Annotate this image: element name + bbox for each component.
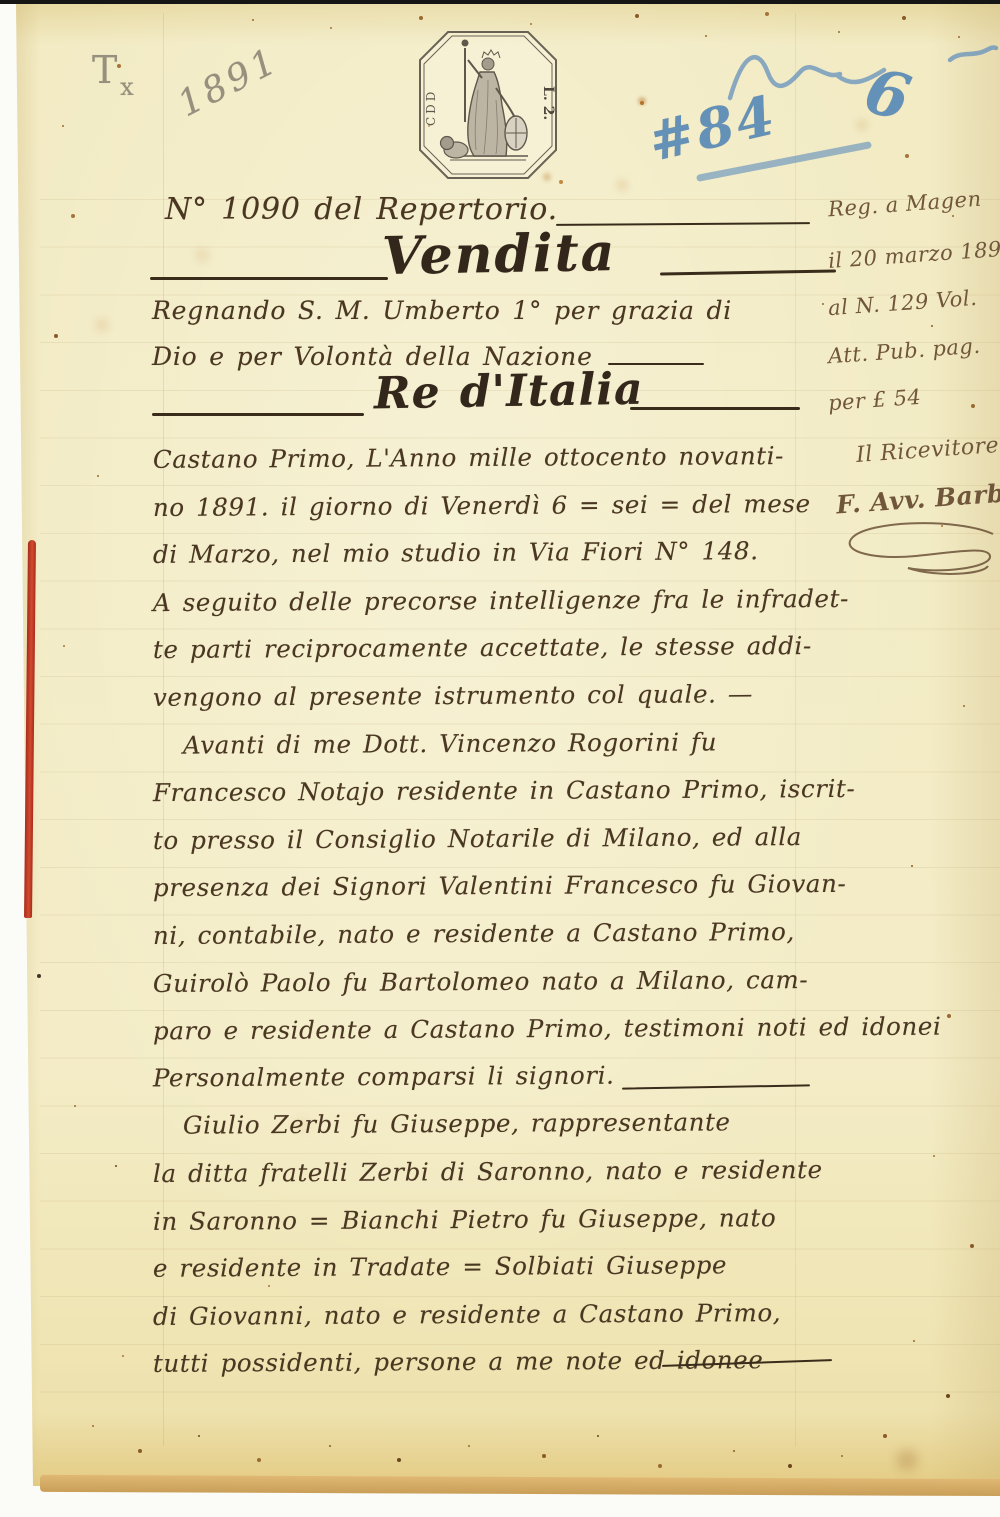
svg-text:CDD: CDD	[424, 89, 438, 126]
manuscript-line: Personalmente comparsi li signori.	[153, 1060, 615, 1092]
manuscript-line: paro e residente a Castano Primo, testim…	[153, 1012, 942, 1046]
revenue-stamp: CDD L. 2.	[418, 30, 558, 180]
ink-rule	[152, 413, 364, 416]
manuscript-line: in Saronno = Bianchi Pietro fu Giuseppe,…	[153, 1203, 776, 1236]
manuscript-line: Guirolò Paolo fu Bartolomeo nato a Milan…	[153, 965, 808, 998]
manuscript-line: A seguito delle precorse intelligenze fr…	[153, 584, 849, 617]
manuscript-line: Giulio Zerbi fu Giuseppe, rappresentante	[183, 1108, 731, 1140]
deed-title: Vendita	[381, 222, 616, 287]
manuscript-line: di Marzo, nel mio studio in Via Fiori N°…	[153, 536, 759, 569]
ink-rule	[150, 277, 388, 280]
pencil-tax-mark: Tx	[92, 48, 133, 92]
manuscript-line: Avanti di me Dott. Vincenzo Rogorini fu	[183, 727, 717, 759]
repertory-number-line: N° 1090 del Repertorio.	[165, 192, 558, 227]
regnando-line-1: Regnando S. M. Umberto 1° per grazia di	[152, 296, 732, 325]
manuscript-line: presenza dei Signori Valentini Francesco…	[153, 869, 846, 902]
manuscript-line: ni, contabile, nato e residente a Castan…	[153, 917, 795, 950]
scan-edge	[0, 0, 1000, 4]
pencil-t: T	[92, 48, 118, 92]
deed-subtitle: Re d'Italia	[374, 364, 644, 420]
manuscript-line: Castano Primo, L'Anno mille ottocento no…	[153, 441, 784, 474]
stamp-denomination: L. 2.	[540, 86, 556, 120]
manuscript-line: Francesco Notajo residente in Castano Pr…	[153, 774, 855, 807]
manuscript-line: vengono al presente istrumento col quale…	[153, 679, 753, 712]
manuscript-line: no 1891. il giorno di Venerdì 6 = sei = …	[153, 489, 811, 522]
scanned-notarial-deed-page: CDD L. 2. Tx 1891 6 #84 N° 1090 del Repe…	[0, 0, 1000, 1517]
pencil-x: x	[120, 73, 134, 101]
manuscript-line: di Giovanni, nato e residente a Castano …	[153, 1298, 781, 1331]
page-stack-edge	[40, 1475, 1000, 1496]
manuscript-line: to presso il Consiglio Notarile di Milan…	[153, 822, 802, 855]
manuscript-line: tutti possidenti, persone a me note ed i…	[153, 1346, 764, 1379]
manuscript-line: e residente in Tradate = Solbiati Giusep…	[153, 1250, 727, 1283]
manuscript-line: la ditta fratelli Zerbi di Saronno, nato…	[153, 1155, 823, 1188]
manuscript-line: te parti reciprocamente accettate, le st…	[153, 631, 812, 664]
signature-flourish	[838, 516, 998, 586]
ink-rule	[630, 407, 800, 410]
fold-crease	[795, 13, 796, 1446]
